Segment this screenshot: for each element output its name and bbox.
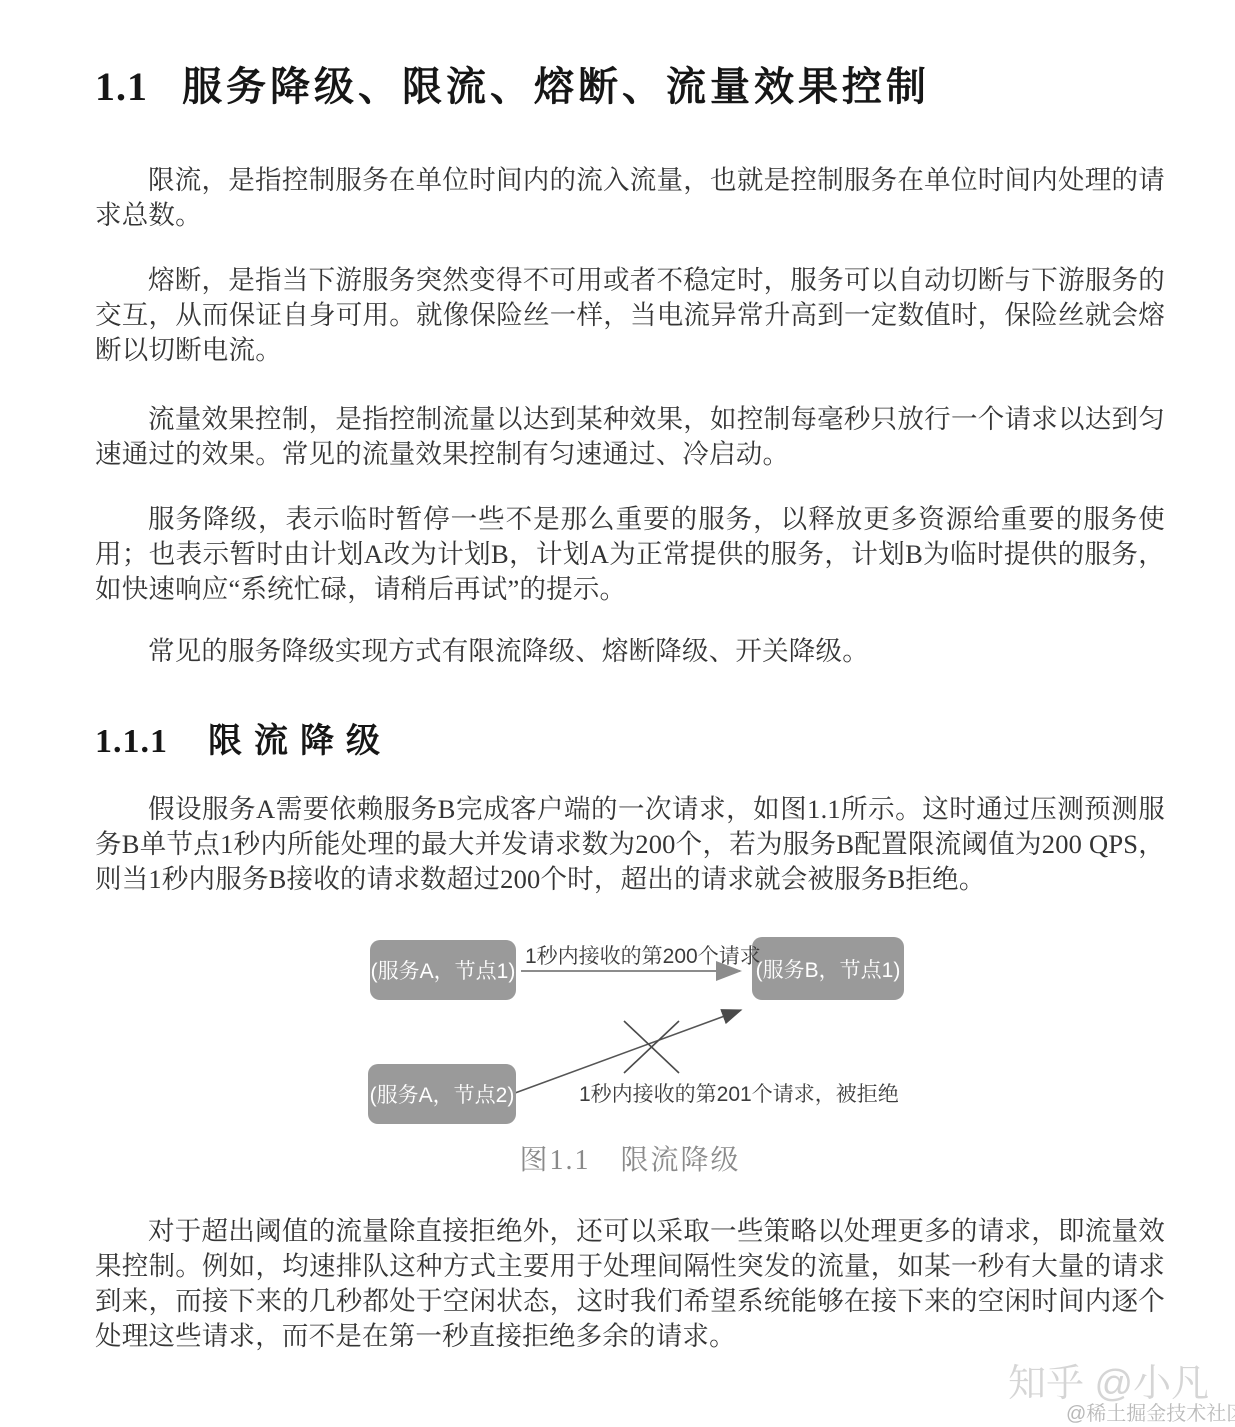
node-service-a-1: (服务A，节点1)	[370, 940, 516, 1000]
arrow-label-accepted: 1秒内接收的第200个请求	[525, 940, 739, 970]
watermark-juejin: @稀土掘金技术社区	[1066, 1397, 1235, 1426]
arrow-label-rejected: 1秒内接收的第201个请求，被拒绝	[579, 1078, 899, 1108]
figure-1-1: (服务A，节点1) (服务A，节点2) (服务B，节点1) 1秒内接收的第200…	[95, 934, 1165, 1178]
subsection-number: 1.1.1	[95, 719, 168, 765]
content-column: 1.1 服务降级、限流、熔断、流量效果控制 限流，是指控制服务在单位时间内的流入…	[95, 0, 1165, 1354]
figure-caption: 图1.1 限流降级	[95, 1144, 1165, 1178]
reject-cross-icon	[624, 1021, 679, 1073]
section-title: 服务降级、限流、熔断、流量效果控制	[182, 62, 930, 112]
paragraph-degrade-methods: 常见的服务降级实现方式有限流降级、熔断降级、开关降级。	[95, 634, 1165, 669]
section-number: 1.1	[95, 62, 148, 112]
node-service-b-1: (服务B，节点1)	[752, 937, 904, 1000]
book-page: 1.1 服务降级、限流、熔断、流量效果控制 限流，是指控制服务在单位时间内的流入…	[0, 0, 1235, 1427]
paragraph-service-degrade: 服务降级，表示临时暂停一些不是那么重要的服务，以释放更多资源给重要的服务使用；也…	[95, 502, 1165, 607]
paragraph-example-intro: 假设服务A需要依赖服务B完成客户端的一次请求，如图1.1所示。这时通过压测预测服…	[95, 792, 1165, 897]
paragraph-overflow-strategy: 对于超出阈值的流量除直接拒绝外，还可以采取一些策略以处理更多的请求，即流量效果控…	[95, 1214, 1165, 1354]
paragraph-flow-control: 流量效果控制，是指控制流量以达到某种效果，如控制每毫秒只放行一个请求以达到匀速通…	[95, 402, 1165, 472]
paragraph-rate-limit: 限流，是指控制服务在单位时间内的流入流量，也就是控制服务在单位时间内处理的请求总…	[95, 163, 1165, 233]
section-heading: 1.1 服务降级、限流、熔断、流量效果控制	[95, 62, 1165, 112]
node-service-a-2: (服务A，节点2)	[368, 1064, 516, 1124]
figure-canvas: (服务A，节点1) (服务A，节点2) (服务B，节点1) 1秒内接收的第200…	[95, 934, 1165, 1134]
subsection-heading: 1.1.1 限流降级	[95, 719, 1165, 765]
subsection-title: 限流降级	[208, 719, 392, 765]
paragraph-circuit-break: 熔断，是指当下游服务突然变得不可用或者不稳定时，服务可以自动切断与下游服务的交互…	[95, 263, 1165, 368]
